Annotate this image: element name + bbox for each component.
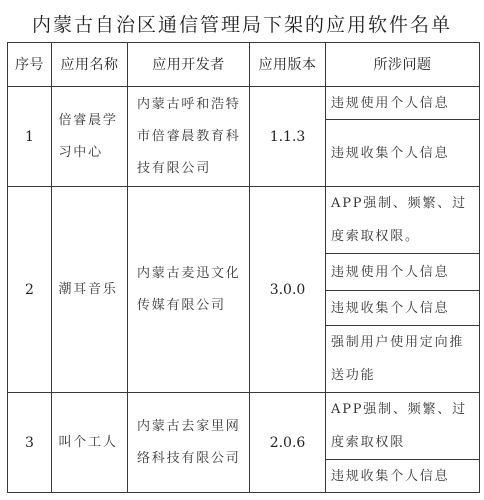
header-version-label: 应用版本: [259, 49, 317, 81]
cell-issue: 违规收集个人信息: [325, 290, 480, 326]
header-cell-developer: 应用开发者: [127, 42, 250, 87]
cell-developer: 内蒙古去家里网络科技有限公司: [127, 392, 250, 493]
developer-name: 内蒙古去家里网络科技有限公司: [128, 411, 247, 475]
app-name: 潮耳音乐: [59, 274, 121, 306]
issue-text: 违规收集个人信息: [326, 460, 477, 493]
app-version: 3.0.0: [270, 274, 306, 306]
header-app-name-label: 应用名称: [61, 49, 119, 81]
cell-no: 1: [7, 86, 52, 187]
issue-text: APP强制、频繁、过度索取权限。: [326, 187, 477, 253]
row-number: 3: [25, 427, 34, 459]
header-cell-version: 应用版本: [249, 42, 326, 87]
cell-app-name: 叫个工人: [51, 392, 128, 493]
page-title: 内蒙古自治区通信管理局下架的应用软件名单: [0, 11, 484, 39]
cell-version: 1.1.3: [249, 86, 326, 187]
cell-no: 2: [7, 186, 52, 393]
cell-issue: 违规使用个人信息: [325, 86, 480, 120]
cell-issue: 违规使用个人信息: [325, 253, 480, 291]
developer-name: 内蒙古麦迅文化传媒有限公司: [128, 258, 247, 322]
app-name: 倍睿晨学习中心: [59, 105, 121, 169]
cell-version: 3.0.0: [249, 186, 326, 393]
cell-app-name: 潮耳音乐: [51, 186, 128, 393]
issue-text: 违规使用个人信息: [326, 87, 477, 120]
cell-issue: 违规收集个人信息: [325, 459, 480, 493]
row-number: 2: [25, 274, 34, 306]
header-no-label: 序号: [15, 49, 44, 81]
app-version: 1.1.3: [270, 121, 306, 153]
header-cell-issues: 所涉问题: [325, 42, 480, 87]
cell-developer: 内蒙古呼和浩特市倍睿晨教育科技有限公司: [127, 86, 250, 187]
issue-text: 违规使用个人信息: [326, 256, 477, 289]
issue-text: 强制用户使用定向推送功能: [326, 326, 477, 392]
header-developer-label: 应用开发者: [152, 49, 225, 81]
developer-name: 内蒙古呼和浩特市倍睿晨教育科技有限公司: [128, 89, 247, 185]
cell-issue: 强制用户使用定向推送功能: [325, 325, 480, 393]
issue-text: APP强制、频繁、过度索取权限: [326, 393, 477, 459]
issue-text: 违规收集个人信息: [326, 137, 477, 170]
cell-no: 3: [7, 392, 52, 493]
cell-issue: APP强制、频繁、过度索取权限。: [325, 186, 480, 254]
cell-version: 2.0.6: [249, 392, 326, 493]
row-number: 1: [25, 121, 34, 153]
cell-developer: 内蒙古麦迅文化传媒有限公司: [127, 186, 250, 393]
cell-app-name: 倍睿晨学习中心: [51, 86, 128, 187]
issue-text: 违规收集个人信息: [326, 292, 477, 325]
app-version: 2.0.6: [270, 427, 306, 459]
header-issues-label: 所涉问题: [374, 49, 432, 81]
cell-issue: 违规收集个人信息: [325, 119, 480, 187]
app-name: 叫个工人: [59, 427, 121, 459]
header-cell-no: 序号: [7, 42, 52, 87]
header-cell-app-name: 应用名称: [51, 42, 128, 87]
cell-issue: APP强制、频繁、过度索取权限: [325, 392, 480, 460]
